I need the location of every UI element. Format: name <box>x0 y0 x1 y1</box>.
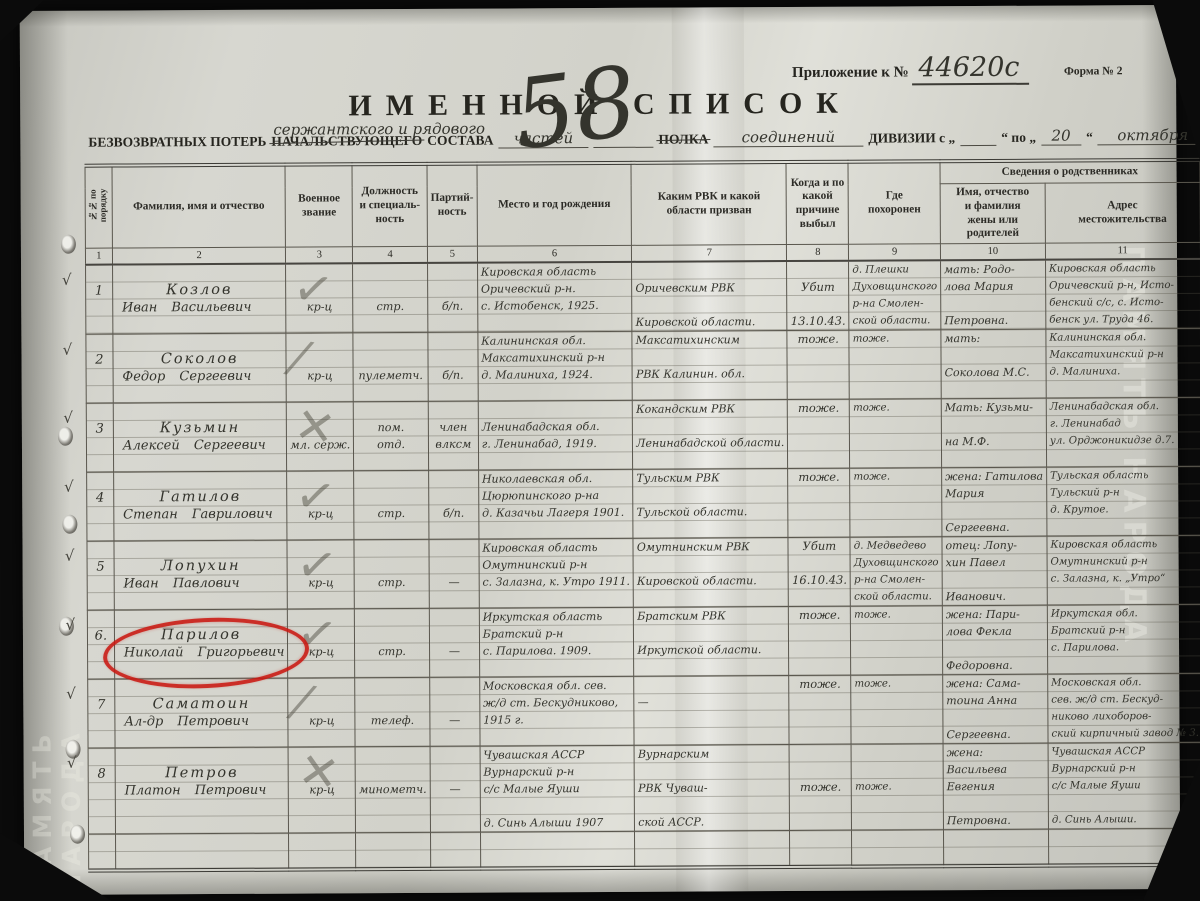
table-row: 4ГатиловСтепан Гавриловичкр-цстр.б/п.Ник… <box>87 466 1200 541</box>
empty-cell <box>852 830 944 867</box>
cell-when: тоже. <box>787 330 849 399</box>
column-header-where: Где похоронен <box>848 161 940 244</box>
column-number: 9 <box>849 244 941 261</box>
empty-cell <box>356 833 431 870</box>
punch-hole <box>61 235 76 254</box>
cell-addr: Калининская обл.Максатихинский р-нд. Мал… <box>1046 328 1200 398</box>
cell-fio: ГатиловСтепан Гаврилович <box>113 471 287 541</box>
table-row: 7СаматоинАл-др Петровичкр-цтелеф.—Москов… <box>88 673 1200 748</box>
annex-label: Приложение к № <box>792 64 909 81</box>
cell-kin: жена: ГатиловаМарияСергеевна. <box>942 467 1047 537</box>
cell-addr: Иркутская обл.Братский р-нс. Парилова. <box>1047 604 1200 674</box>
cell-rvk: МаксатихинскимРВК Калинин. обл. <box>632 331 787 401</box>
casualty-table: №№ по порядку Фамилия, имя и отчество Во… <box>84 158 1200 873</box>
cell-party: — <box>429 539 479 608</box>
cell-birth: Николаевская обл.Цюрюпинского р-над. Каз… <box>478 469 633 539</box>
column-number: 6 <box>477 245 632 262</box>
table-body: 1КозловИван Васильевичкр-цстр.б/п.Кировс… <box>86 259 1200 871</box>
row-number-cell: 4 <box>87 472 114 541</box>
cell-fio: КозловИван Васильевич <box>112 264 286 334</box>
column-number: 11 <box>1045 242 1200 259</box>
cell-birth: Иркутская областьБратский р-нс. Парилова… <box>479 607 634 677</box>
empty-cell <box>289 833 356 870</box>
cell-duty: пулеметч. <box>353 333 428 402</box>
cell-kin: Мать: Кузьми-на М.Ф. <box>941 398 1046 468</box>
cell-duty: минометч. <box>355 747 430 833</box>
blank-underline <box>593 147 653 148</box>
cell-kin: жена: Сама-тоина АннаСергеевна. <box>943 674 1048 744</box>
empty-cell <box>430 832 480 869</box>
handwritten-unit-word: частей <box>498 129 588 148</box>
form-number-label: Форма № 2 <box>1064 65 1122 77</box>
column-header-index: №№ по порядку <box>85 166 112 249</box>
cell-rvk: — <box>634 676 789 746</box>
punch-hole <box>62 515 77 534</box>
cell-kin: отец: Лопу-хин ПавелИванович. <box>942 536 1047 606</box>
empty-cell <box>480 831 635 868</box>
cell-where: тоже. <box>850 399 942 468</box>
cell-where: д. МедведевоДуховщинскогор-на Смолен-ско… <box>850 537 942 606</box>
cell-birth: Калининская обл.Максатихинский р-нд. Мал… <box>478 331 633 401</box>
column-header-address: Адрес местожительства <box>1045 182 1200 243</box>
column-number: 10 <box>940 243 1045 260</box>
table-row: 2СоколовФедор Сергеевичкр-цпулеметч.б/п.… <box>86 328 1200 403</box>
column-header-birth: Место и год рождения <box>477 163 632 246</box>
cell-rvk: Тульским РВКТульской области. <box>633 469 788 539</box>
cell-when: Убит13.10.43. <box>787 261 849 331</box>
cell-fio: КузьминАлексей Сергеевич <box>113 402 287 472</box>
cell-rvk: Братским РВКИркутской области. <box>634 607 789 677</box>
empty-cell <box>115 833 289 870</box>
cell-rvk: Омутнинским РВККировской области. <box>633 538 788 608</box>
cell-rvk: Оричевским РВККировской области. <box>632 261 787 331</box>
handwritten-date-day: 20 <box>1041 126 1081 145</box>
margin-checkmark: √ <box>63 409 73 427</box>
cell-where: тоже. <box>851 606 943 675</box>
subtitle-printed-5: “ <box>1086 129 1093 145</box>
cell-fio: СаматоинАл-др Петрович <box>114 678 288 748</box>
cell-duty: телеф. <box>355 678 430 747</box>
column-header-duty: Должность и специаль- ность <box>352 164 427 247</box>
cell-birth: Кировская областьОричевский р-н.с. Истоб… <box>477 262 632 332</box>
table-row: 5ЛопухинИван Павловичкр-цстр.—Кировская … <box>87 535 1200 610</box>
column-header-kin: Имя, отчество и фамилия жены или родител… <box>940 183 1045 244</box>
table-header: №№ по порядку Фамилия, имя и отчество Во… <box>85 160 1200 265</box>
margin-checkmark: √ <box>64 478 74 496</box>
cell-where: тоже. <box>850 468 942 537</box>
margin-checkmark: √ <box>65 616 75 634</box>
handwritten-unit-word-2: соединений <box>713 128 863 148</box>
cell-where: д. ПлешкиДуховщинскогор-на Смолен-ской о… <box>849 260 941 330</box>
cell-duty: стр. <box>354 540 429 609</box>
cell-birth: Кировская областьОмутнинский р-нс. Залаз… <box>479 538 634 608</box>
empty-cell <box>89 834 116 871</box>
table-row: 1КозловИван Васильевичкр-цстр.б/п.Кировс… <box>86 259 1200 334</box>
cell-fio: ЛопухинИван Павлович <box>114 540 288 610</box>
margin-checkmark: √ <box>65 547 75 565</box>
struck-word-polka: ПОЛКА <box>658 131 708 147</box>
column-header-rank: Военное звание <box>285 164 352 247</box>
cell-addr: Московская обл.сев. ж/д ст. Бескуд-ников… <box>1048 673 1200 743</box>
cell-rank: кр-ц <box>286 333 353 402</box>
cell-duty: пом.отд. <box>354 402 429 471</box>
cell-kin: жена: Пари-лова ФеклаФедоровна. <box>942 605 1047 675</box>
cell-where: тоже. <box>849 330 941 399</box>
cell-rank: кр-ц <box>286 263 353 333</box>
column-number: 4 <box>353 247 428 264</box>
paper-shadow-top <box>20 5 1176 27</box>
column-number: 8 <box>787 244 849 261</box>
row-number-cell: 1 <box>86 265 113 335</box>
cell-rvk: ВурнарскимРВК Чуваш-ской АССР. <box>634 745 790 832</box>
paper-shadow-left <box>20 11 73 895</box>
cell-addr: Чувашская АССРВурнарский р-нс/с Малые Яу… <box>1048 742 1200 829</box>
empty-cell <box>635 831 790 868</box>
scanned-photo: ПАМЯТЬ НАРОДА ПАМЯТЬ НАРОДА Приложение к… <box>0 0 1200 901</box>
cell-duty: стр. <box>355 609 430 678</box>
cell-addr: Тульская областьТульский р-нд. Крутое. <box>1047 466 1200 536</box>
cell-party: — <box>430 677 480 746</box>
subtitle-printed: БЕЗВОЗВРАТНЫХ ПОТЕРЬ <box>88 134 266 151</box>
margin-checkmark: √ <box>66 685 76 703</box>
cell-kin: мать:Соколова М.С. <box>941 329 1046 399</box>
column-header-when: Когда и по какой причине выбыл <box>786 162 848 245</box>
cell-rank: кр-ц <box>288 747 355 833</box>
row-number-cell: 8 <box>88 748 115 834</box>
table-row: 8ПетровПлатон Петровичкр-цминометч.—Чува… <box>88 742 1200 834</box>
table-row: 3КузьминАлексей Сергеевичмл. серж.пом.от… <box>86 397 1200 472</box>
cell-rank: кр-ц <box>288 678 355 747</box>
cell-where: тоже. <box>851 744 943 830</box>
cell-birth: Ленинабадская обл.г. Ленинабад, 1919. <box>478 400 633 470</box>
empty-cell <box>943 829 1048 866</box>
cell-duty: стр. <box>354 471 429 540</box>
subtitle-corrected-word: сержантского и рядового НАЧАЛЬСТВУЮЩЕГО <box>271 133 422 150</box>
column-number: 1 <box>85 248 112 265</box>
row-number-cell: 7 <box>88 679 115 748</box>
column-header-rvk: Каким РВК и какой области призван <box>631 162 787 245</box>
punch-hole <box>58 427 73 446</box>
subtitle-printed-4: “ по „ <box>1001 130 1036 146</box>
cell-addr: Кировская областьОмутнинский р-нс. Залаз… <box>1047 535 1200 605</box>
row-number-cell: 2 <box>86 334 113 403</box>
cell-when: Убит16.10.43. <box>788 537 850 606</box>
cell-when: тоже. <box>789 744 851 830</box>
cell-duty: стр. <box>353 263 428 333</box>
handwritten-date-month: октября <box>1098 126 1200 146</box>
cell-where: тоже. <box>851 675 943 744</box>
cell-birth: Московская обл. сев.ж/д ст. Бескудниково… <box>479 676 634 746</box>
column-number: 5 <box>427 246 477 263</box>
subtitle-line: БЕЗВОЗВРАТНЫХ ПОТЕРЬ сержантского и рядо… <box>88 126 1200 151</box>
cell-kin: жена:ВасильеваЕвгенияПетровна. <box>943 743 1048 830</box>
annex-number-handwritten: 44620с <box>912 52 1029 86</box>
cell-fio: СоколовФедор Сергеевич <box>113 333 287 403</box>
margin-checkmark: √ <box>63 340 73 358</box>
subtitle-printed-3: ДИВИЗИИ с „ <box>868 130 955 146</box>
empty-cell <box>790 830 852 867</box>
cell-fio: ПетровПлатон Петрович <box>115 747 289 834</box>
punch-hole <box>70 825 85 844</box>
struck-word: НАЧАЛЬСТВУЮЩЕГО <box>271 133 422 149</box>
column-header-party: Партий- ность <box>427 164 477 247</box>
empty-ruled-row <box>89 828 1200 870</box>
cell-when: тоже. <box>789 606 851 675</box>
cell-addr: Кировская областьОричевский р-н, Исто-бе… <box>1045 259 1200 329</box>
blank-date-from <box>960 145 996 146</box>
cell-rank: кр-ц <box>287 471 354 540</box>
column-header-name: Фамилия, имя и отчество <box>112 165 286 249</box>
cell-rvk: Кокандским РВКЛенинабадской области. <box>633 400 788 470</box>
cell-party: членвлксм <box>428 401 478 470</box>
column-group-relatives: Сведения о родственниках <box>940 160 1200 184</box>
column-number: 2 <box>112 247 286 264</box>
cell-when: тоже. <box>789 675 851 744</box>
cell-rank: мл. серж. <box>287 402 354 471</box>
column-number: 7 <box>632 245 787 262</box>
row-number-cell: 5 <box>87 541 114 610</box>
cell-birth: Чувашская АССРВурнарский р-нс/с Малые Яу… <box>480 745 635 832</box>
column-number: 3 <box>286 247 353 264</box>
cell-party: б/п. <box>428 332 478 401</box>
cell-party: б/п. <box>428 470 478 539</box>
cell-rank: кр-ц <box>287 540 354 609</box>
row-number-cell: 3 <box>86 403 113 472</box>
cell-kin: мать: Родо-лова МарияПетровна. <box>940 260 1045 330</box>
annex-line: Приложение к № 44620с <box>792 52 1030 84</box>
cell-party: б/п. <box>427 263 477 333</box>
margin-checkmark: √ <box>67 754 77 772</box>
cell-addr: Ленинабадская обл.г. Ленинабадул. Орджон… <box>1046 397 1200 467</box>
cell-when: тоже. <box>788 468 850 537</box>
cell-party: — <box>430 746 480 832</box>
margin-checkmark: √ <box>62 271 72 289</box>
cell-when: тоже. <box>788 399 850 468</box>
cell-party: — <box>429 608 479 677</box>
sheet: ПАМЯТЬ НАРОДА ПАМЯТЬ НАРОДА Приложение к… <box>20 5 1181 895</box>
